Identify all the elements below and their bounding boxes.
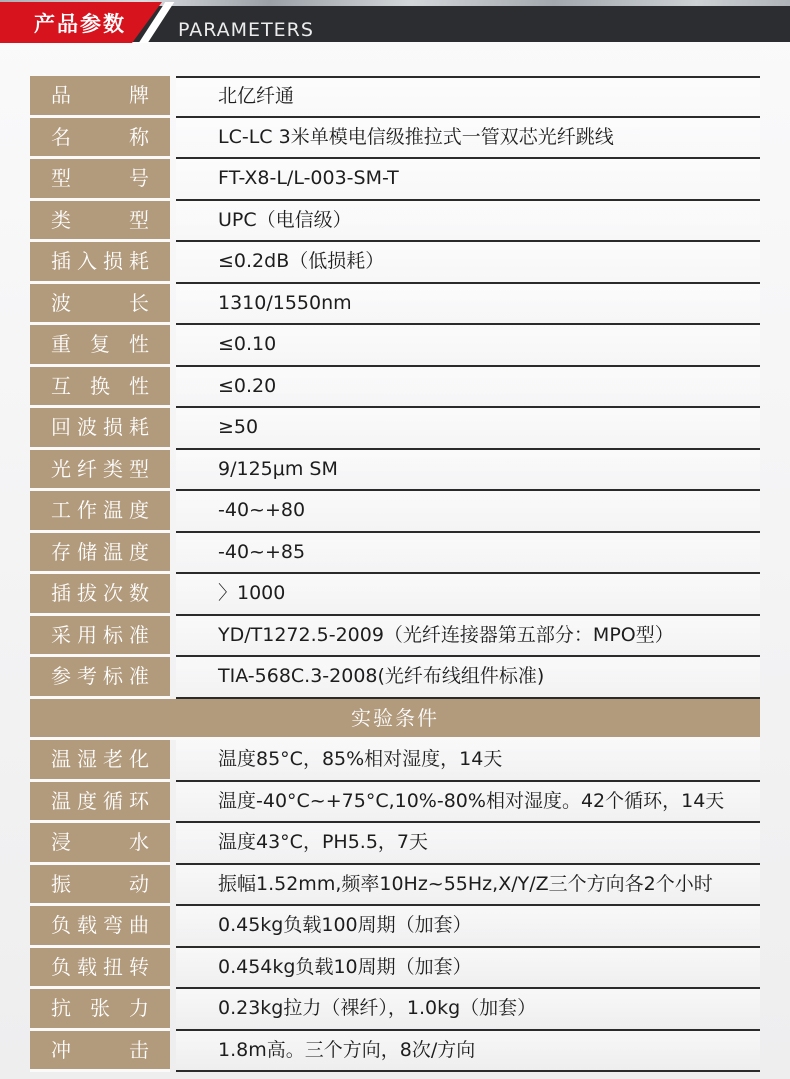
spec-label: 温度循环 — [30, 782, 170, 824]
spec-row: 温湿老化 温度85°C，85%相对湿度，14天 — [30, 740, 760, 782]
spec-value: -40~+85 — [176, 533, 760, 575]
spec-row: 插拔次数 〉1000 — [30, 574, 760, 616]
spec-value: YD/T1272.5-2009（光纤连接器第五部分：MPO型） — [176, 616, 760, 658]
spec-value: 1.8m高。三个方向，8次/方向 — [176, 1031, 760, 1073]
spec-row: 抗张力 0.23kg拉力（裸纤），1.0kg（加套） — [30, 989, 760, 1031]
spec-row: 回波损耗 ≥50 — [30, 408, 760, 450]
spec-value: 0.45kg负载100周期（加套） — [176, 906, 760, 948]
spec-label: 互换性 — [30, 367, 170, 409]
spec-label: 浸水 — [30, 823, 170, 865]
spec-value: FT-X8-L/L-003-SM-T — [176, 159, 760, 201]
spec-label: 插拔次数 — [30, 574, 170, 616]
spec-row: 插入损耗 ≤0.2dB（低损耗） — [30, 242, 760, 284]
spec-row: 振动 振幅1.52mm,频率10Hz~55Hz,X/Y/Z三个方向各2个小时 — [30, 865, 760, 907]
spec-value: 〉1000 — [176, 574, 760, 616]
spec-row: 冲击 1.8m高。三个方向，8次/方向 — [30, 1031, 760, 1073]
spec-label: 冲击 — [30, 1031, 170, 1073]
product-parameters-page: PARAMETERS 产品参数 品牌 北亿纤通 名称 LC-LC 3米单模电信级… — [0, 0, 790, 1079]
spec-value: 0.23kg拉力（裸纤），1.0kg（加套） — [176, 989, 760, 1031]
spec-row: 工作温度 -40~+80 — [30, 491, 760, 533]
spec-value: 振幅1.52mm,频率10Hz~55Hz,X/Y/Z三个方向各2个小时 — [176, 865, 760, 907]
spec-row: 互换性 ≤0.20 — [30, 367, 760, 409]
spec-row: 采用标准 YD/T1272.5-2009（光纤连接器第五部分：MPO型） — [30, 616, 760, 658]
spec-row: 类型 UPC（电信级） — [30, 201, 760, 243]
spec-row: 名称 LC-LC 3米单模电信级推拉式一管双芯光纤跳线 — [30, 118, 760, 160]
spec-value: 1310/1550nm — [176, 284, 760, 326]
spec-label: 存储温度 — [30, 533, 170, 575]
spec-value: ≤0.2dB（低损耗） — [176, 242, 760, 284]
spec-value: ≤0.20 — [176, 367, 760, 409]
spec-label: 负载弯曲 — [30, 906, 170, 948]
spec-value: LC-LC 3米单模电信级推拉式一管双芯光纤跳线 — [176, 118, 760, 160]
spec-value: 0.454kg负载10周期（加套） — [176, 948, 760, 990]
spec-label: 参考标准 — [30, 657, 170, 699]
spec-value: TIA-568C.3-2008(光纤布线组件标准) — [176, 657, 760, 699]
spec-label: 品牌 — [30, 76, 170, 118]
spec-label: 类型 — [30, 201, 170, 243]
spec-label: 采用标准 — [30, 616, 170, 658]
spec-value: ≤0.10 — [176, 325, 760, 367]
spec-value: -40~+80 — [176, 491, 760, 533]
spec-value: 温度43°C，PH5.5，7天 — [176, 823, 760, 865]
spec-label: 负载扭转 — [30, 948, 170, 990]
spec-label: 温湿老化 — [30, 740, 170, 782]
spec-row: 光纤类型 9/125μm SM — [30, 450, 760, 492]
spec-row: 负载扭转 0.454kg负载10周期（加套） — [30, 948, 760, 990]
spec-label: 重复性 — [30, 325, 170, 367]
spec-row: 存储温度 -40~+85 — [30, 533, 760, 575]
spec-label: 回波损耗 — [30, 408, 170, 450]
spec-row: 品牌 北亿纤通 — [30, 76, 760, 118]
spec-row: 浸水 温度43°C，PH5.5，7天 — [30, 823, 760, 865]
spec-row: 重复性 ≤0.10 — [30, 325, 760, 367]
spec-row: 波长 1310/1550nm — [30, 284, 760, 326]
spec-row: 型号 FT-X8-L/L-003-SM-T — [30, 159, 760, 201]
header-title-cn: 产品参数 — [0, 8, 126, 38]
spec-label: 振动 — [30, 865, 170, 907]
spec-value: ≥50 — [176, 408, 760, 450]
header-subtitle-en: PARAMETERS — [178, 12, 314, 48]
spec-value: 北亿纤通 — [176, 76, 760, 118]
spec-row: 负载弯曲 0.45kg负载100周期（加套） — [30, 906, 760, 948]
section-row: 实验条件 — [30, 699, 760, 741]
spec-value: 温度85°C，85%相对湿度，14天 — [176, 740, 760, 782]
spec-label: 光纤类型 — [30, 450, 170, 492]
spec-label: 波长 — [30, 284, 170, 326]
spec-table: 品牌 北亿纤通 名称 LC-LC 3米单模电信级推拉式一管双芯光纤跳线 型号 F… — [30, 76, 760, 1072]
spec-label: 插入损耗 — [30, 242, 170, 284]
section-title: 实验条件 — [30, 699, 760, 741]
spec-row: 温度循环 温度-40°C~+75°C,10%-80%相对湿度。42个循环，14天 — [30, 782, 760, 824]
spec-value: UPC（电信级） — [176, 201, 760, 243]
spec-value: 温度-40°C~+75°C,10%-80%相对湿度。42个循环，14天 — [176, 782, 760, 824]
spec-label: 工作温度 — [30, 491, 170, 533]
spec-label: 型号 — [30, 159, 170, 201]
spec-label: 名称 — [30, 118, 170, 160]
spec-row: 参考标准 TIA-568C.3-2008(光纤布线组件标准) — [30, 657, 760, 699]
spec-value: 9/125μm SM — [176, 450, 760, 492]
spec-label: 抗张力 — [30, 989, 170, 1031]
